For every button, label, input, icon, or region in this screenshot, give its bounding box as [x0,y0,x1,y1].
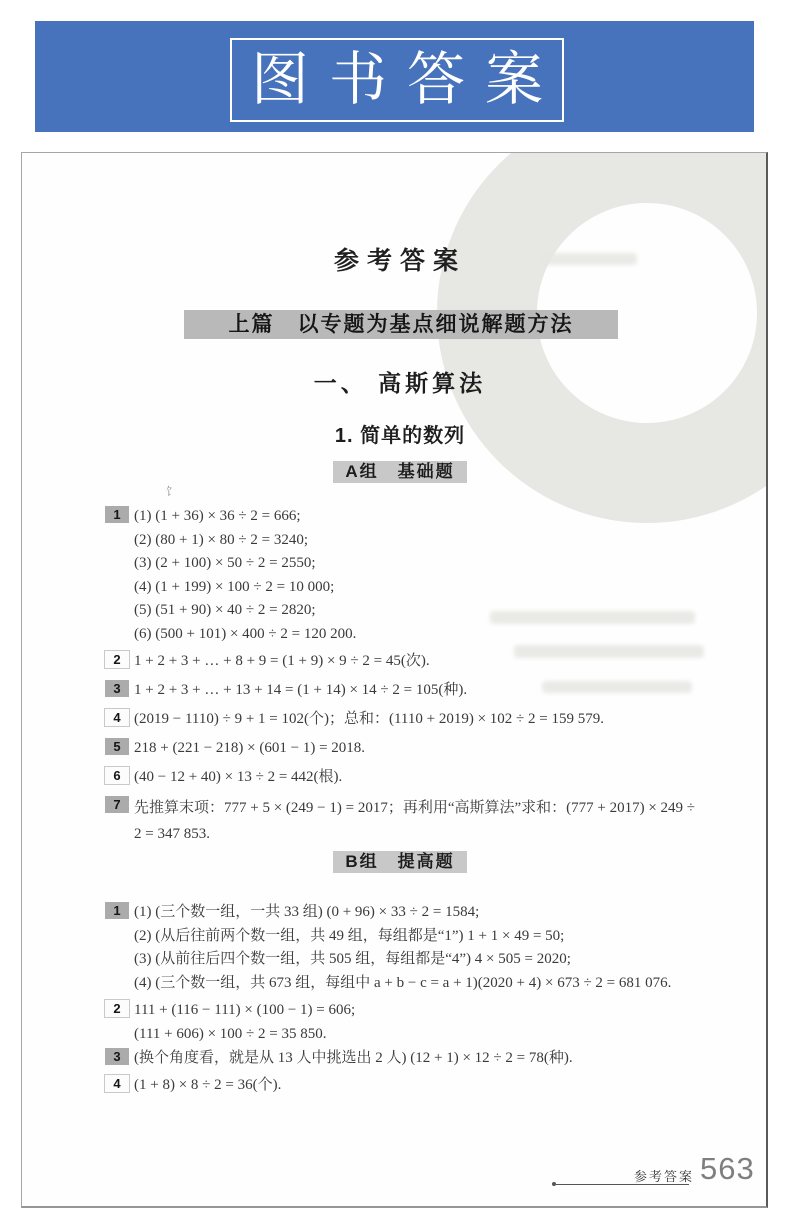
answer-line: 111 + (116 − 111) × (100 − 1) = 606; [134,999,760,1023]
item-number-badge: 5 [105,738,129,755]
group-a-label: A组 基础题 [333,461,466,483]
answer-line: (3) (2 + 100) × 50 ÷ 2 = 2550; [134,552,760,576]
subsection-heading: 1. 简单的数列 [22,419,766,448]
answer-item-a1: 1 (1) (1 + 36) × 36 ÷ 2 = 666; (2) (80 +… [105,505,760,646]
answer-item-a6: 6 (40 − 12 + 40) × 13 ÷ 2 = 442(根). [105,766,760,790]
answer-line: (1 + 8) × 8 ÷ 2 = 36(个). [134,1074,760,1098]
answer-lines: (换个角度看，就是从 13 人中挑选出 2 人) (12 + 1) × 12 ÷… [134,1047,760,1071]
answer-lines: 111 + (116 − 111) × (100 − 1) = 606; (11… [134,999,760,1046]
item-number-badge: 7 [105,796,129,813]
answer-line: 1 + 2 + 3 + … + 8 + 9 = (1 + 9) × 9 ÷ 2 … [134,650,760,674]
item-number-badge: 6 [105,767,129,784]
section-heading: 一、 高斯算法 [22,365,766,398]
answer-item-b1: 1 (1) (三个数一组，一共 33 组) (0 + 96) × 33 ÷ 2 … [105,901,760,995]
answer-line: (4) (1 + 199) × 100 ÷ 2 = 10 000; [134,576,760,600]
group-b-banner: B组 提高题 [22,851,766,873]
answer-line: (1) (1 + 36) × 36 ÷ 2 = 666; [134,505,760,529]
answer-line: 先推算末项：777 + 5 × (249 − 1) = 2017；再利用“高斯算… [134,795,760,821]
answer-line: 1 + 2 + 3 + … + 13 + 14 = (1 + 14) × 14 … [134,679,760,703]
answer-line: (2) (从后往前两个数一组，共 49 组，每组都是“1”) 1 + 1 × 4… [134,925,760,949]
answer-item-b2: 2 111 + (116 − 111) × (100 − 1) = 606; (… [105,999,760,1046]
banner-title-frame: 图书答案 [230,38,564,122]
answer-line: (换个角度看，就是从 13 人中挑选出 2 人) (12 + 1) × 12 ÷… [134,1047,760,1071]
footer-section-label: 参考答案 [634,1166,694,1185]
answer-item-a4: 4 (2019 − 1110) ÷ 9 + 1 = 102(个)；总和：(111… [105,708,760,732]
item-number-badge: 2 [105,651,129,668]
answer-line: 2 = 347 853. [134,821,760,847]
answer-item-a3: 3 1 + 2 + 3 + … + 13 + 14 = (1 + 14) × 1… [105,679,760,703]
answer-lines: (40 − 12 + 40) × 13 ÷ 2 = 442(根). [134,766,760,790]
answer-lines: 1 + 2 + 3 + … + 8 + 9 = (1 + 9) × 9 ÷ 2 … [134,650,760,674]
page-number: 563 [700,1151,755,1187]
answer-lines: (1) (1 + 36) × 36 ÷ 2 = 666; (2) (80 + 1… [134,505,760,646]
answer-item-a2: 2 1 + 2 + 3 + … + 8 + 9 = (1 + 9) × 9 ÷ … [105,650,760,674]
item-number-badge: 4 [105,709,129,726]
item-number-badge: 1 [105,506,129,523]
answer-line: (6) (500 + 101) × 400 ÷ 2 = 120 200. [134,623,760,647]
answer-item-a5: 5 218 + (221 − 218) × (601 − 1) = 2018. [105,737,760,761]
part-banner: 上篇 以专题为基点细说解题方法 [184,310,618,339]
answer-lines: 先推算末项：777 + 5 × (249 − 1) = 2017；再利用“高斯算… [134,795,760,847]
item-number-badge: 1 [105,902,129,919]
answer-page-scan: 参考答案 上篇 以专题为基点细说解题方法 一、 高斯算法 1. 简单的数列 A组… [21,152,768,1208]
group-b-label: B组 提高题 [333,851,466,873]
answer-line: (4) (三个数一组，共 673 组，每组中 a + b − c = a + 1… [134,972,760,996]
answer-item-a7: 7 先推算末项：777 + 5 × (249 − 1) = 2017；再利用“高… [105,795,760,847]
answer-line: (5) (51 + 90) × 40 ÷ 2 = 2820; [134,599,760,623]
answer-line: (40 − 12 + 40) × 13 ÷ 2 = 442(根). [134,766,760,790]
answer-item-b3: 3 (换个角度看，就是从 13 人中挑选出 2 人) (12 + 1) × 12… [105,1047,760,1071]
group-a-banner: A组 基础题 [22,461,766,483]
stray-mark: 饣 [166,483,177,499]
answer-line: (1) (三个数一组，一共 33 组) (0 + 96) × 33 ÷ 2 = … [134,901,760,925]
answer-lines: (2019 − 1110) ÷ 9 + 1 = 102(个)；总和：(1110 … [134,708,760,732]
answer-lines: (1 + 8) × 8 ÷ 2 = 36(个). [134,1074,760,1098]
answer-line: (2019 − 1110) ÷ 9 + 1 = 102(个)；总和：(1110 … [134,708,760,732]
item-number-badge: 3 [105,1048,129,1065]
item-number-badge: 2 [105,1000,129,1017]
banner-title: 图书答案 [231,51,563,109]
answer-lines: 218 + (221 − 218) × (601 − 1) = 2018. [134,737,760,761]
answer-item-b4: 4 (1 + 8) × 8 ÷ 2 = 36(个). [105,1074,760,1098]
item-number-badge: 3 [105,680,129,697]
page-title: 参考答案 [22,241,766,277]
item-number-badge: 4 [105,1075,129,1092]
answer-line: (3) (从前往后四个数一组，共 505 组，每组都是“4”) 4 × 505 … [134,948,760,972]
answer-line: (2) (80 + 1) × 80 ÷ 2 = 3240; [134,529,760,553]
answer-lines: (1) (三个数一组，一共 33 组) (0 + 96) × 33 ÷ 2 = … [134,901,760,995]
book-answers-banner: 图书答案 [35,21,754,132]
answer-line: 218 + (221 − 218) × (601 − 1) = 2018. [134,737,760,761]
answer-lines: 1 + 2 + 3 + … + 13 + 14 = (1 + 14) × 14 … [134,679,760,703]
answer-line: (111 + 606) × 100 ÷ 2 = 35 850. [134,1023,760,1047]
